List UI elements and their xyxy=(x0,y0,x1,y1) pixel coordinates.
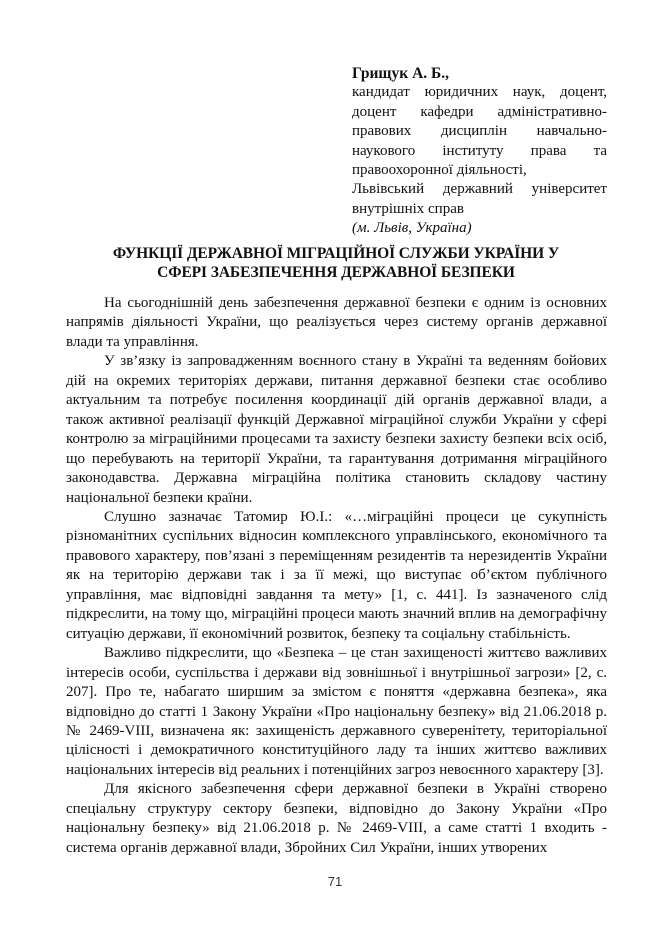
body-paragraph: Для якісного забезпечення сфери державно… xyxy=(66,780,607,858)
article-title-line-1: ФУНКЦІЇ ДЕРЖАВНОЇ МІГРАЦІЙНОЇ СЛУЖБИ УКР… xyxy=(66,244,606,263)
author-affiliation-line: кандидат юридичних наук, доцент, xyxy=(352,83,607,102)
author-block: Грищук А. Б., кандидат юридичних наук, д… xyxy=(352,64,607,239)
author-location: (м. Львів, Україна) xyxy=(352,219,607,238)
article-title-line-2: СФЕРІ ЗАБЕЗПЕЧЕННЯ ДЕРЖАВНОЇ БЕЗПЕКИ xyxy=(66,263,606,282)
author-affiliation-line: внутрішніх справ xyxy=(352,200,607,219)
author-affiliation-line: доцент кафедри адміністративно- xyxy=(352,103,607,122)
author-affiliation-line: правоохоронної діяльності, xyxy=(352,161,607,180)
author-affiliation-line: наукового інституту права та xyxy=(352,142,607,161)
author-affiliation-line: правових дисциплін навчально- xyxy=(352,122,607,141)
author-affiliation-line: Львівський державний університет xyxy=(352,180,607,199)
page-number: 71 xyxy=(0,874,670,889)
article-title: ФУНКЦІЇ ДЕРЖАВНОЇ МІГРАЦІЙНОЇ СЛУЖБИ УКР… xyxy=(66,244,606,282)
body-paragraph: Важливо підкреслити, що «Безпека – це ст… xyxy=(66,644,607,780)
body-paragraph: Слушно зазначає Татомир Ю.І.: «…міграцій… xyxy=(66,508,607,644)
article-body: На сьогоднішній день забезпечення держав… xyxy=(66,294,607,858)
body-paragraph: У зв’язку із запровадженням воєнного ста… xyxy=(66,352,607,508)
author-name: Грищук А. Б., xyxy=(352,64,607,83)
document-page: Грищук А. Б., кандидат юридичних наук, д… xyxy=(0,0,670,947)
body-paragraph: На сьогоднішній день забезпечення держав… xyxy=(66,294,607,352)
